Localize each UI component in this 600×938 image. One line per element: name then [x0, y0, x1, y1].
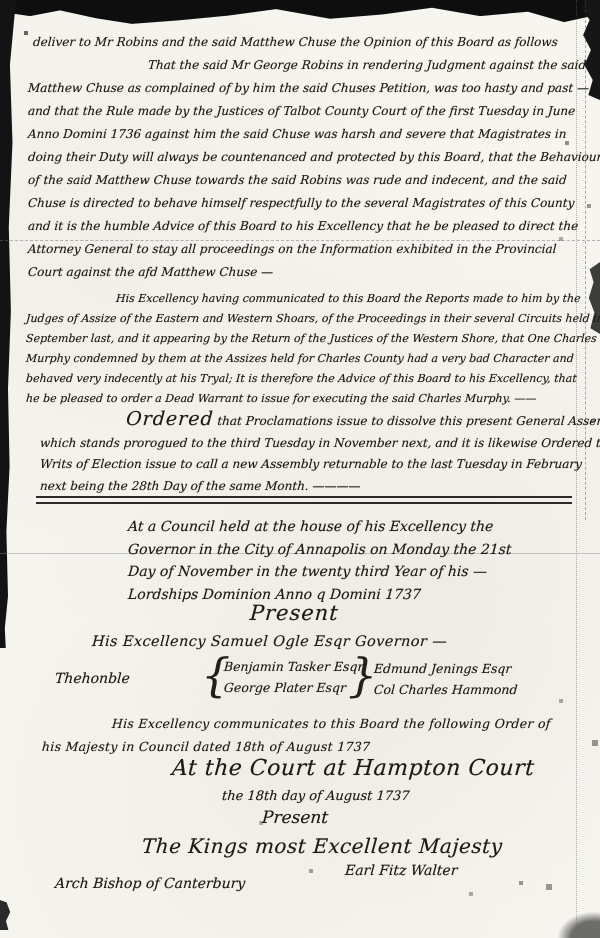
- scan-blot-bottom-right: [558, 912, 600, 938]
- manuscript-line: Matthew Chuse as complained of by him th…: [27, 77, 589, 100]
- ordered-opening-word: Ordered: [125, 408, 214, 430]
- attendee-name: Arch Bishop of Canterbury: [54, 876, 245, 892]
- honourable-label: Thehonble: [54, 671, 130, 687]
- manuscript-line: and it is the humble Advice of this Boar…: [27, 215, 589, 238]
- council-session-heading: At a Council held at the house of his Ex…: [128, 516, 558, 606]
- attendees-left-column: Benjamin Tasker Esqr George Plater Esqr: [224, 656, 364, 698]
- manuscript-line: That the said Mr George Robins in render…: [27, 54, 589, 77]
- scan-border-top: [0, 0, 600, 26]
- manuscript-line: Court against the afd Matthew Chuse —: [27, 261, 589, 284]
- manuscript-line: His Excellency communicates to this Boar…: [111, 716, 551, 731]
- manuscript-line: deliver to Mr Robins and the said Matthe…: [27, 31, 589, 54]
- manuscript-line: September last, and it appearing by the …: [25, 329, 591, 349]
- manuscript-line: Chuse is directed to behave himself resp…: [27, 192, 589, 215]
- manuscript-line: which stands prorogued to the third Tues…: [39, 433, 586, 455]
- manuscript-line: Attorney General to stay all proceedings…: [27, 238, 589, 261]
- assize-entry: His Excellency having communicated to th…: [26, 289, 591, 409]
- manuscript-line: his Majesty in Council dated 18th of Aug…: [41, 739, 370, 754]
- manuscript-line: Murphy condemned by them at the Assizes …: [25, 349, 591, 369]
- manuscript-line: Judges of Assize of the Eastern and West…: [25, 309, 591, 329]
- dissolution-order-entry: Ordered that Proclamations issue to diss…: [40, 409, 585, 497]
- attendee-name: Edmund Jenings Esqr: [373, 658, 518, 679]
- hampton-court-date: the 18th day of August 1737: [221, 789, 410, 804]
- manuscript-line: Ordered that Proclamations issue to diss…: [39, 409, 586, 433]
- manuscript-line: Anno Domini 1736 against him the said Ch…: [27, 123, 589, 146]
- majesty-line: The Kings most Excellent Majesty: [141, 834, 503, 858]
- attendees-right-column: Edmund Jenings Esqr Col Charles Hammond: [374, 658, 518, 700]
- attendee-name: Col Charles Hammond: [373, 679, 518, 700]
- manuscript-line: At a Council held at the house of his Ex…: [127, 516, 559, 539]
- scan-border-left: [0, 0, 16, 648]
- governor-line: His Excellency Samuel Ogle Esqr Governor…: [91, 634, 447, 650]
- opinion-entry: deliver to Mr Robins and the said Matthe…: [28, 31, 588, 284]
- manuscript-line: His Excellency having communicated to th…: [25, 289, 591, 309]
- manuscript-line: and that the Rule made by the Justices o…: [27, 100, 589, 123]
- scan-blot-bottom-left: [0, 900, 12, 930]
- ordered-opening-rest: that Proclamations issue to dissolve thi…: [213, 414, 600, 428]
- manuscript-line: behaved very indecently at his Tryal; It…: [25, 369, 591, 389]
- hampton-court-heading: At the Court at Hampton Court: [171, 756, 535, 781]
- present-heading: Present: [249, 601, 339, 625]
- scan-speckles: [0, 0, 2, 2]
- manuscript-line: Governor in the City of Annapolis on Mon…: [127, 539, 559, 562]
- manuscript-line: next being the 28th Day of the same Mont…: [39, 476, 586, 498]
- section-divider-rule: [36, 496, 572, 504]
- manuscript-line: doing their Duty will always be countena…: [27, 146, 589, 169]
- manuscript-line: Lordships Dominion Anno q Domini 1737: [127, 584, 559, 607]
- manuscript-line: of the said Matthew Chuse towards the sa…: [27, 169, 589, 192]
- attendee-name: Earl Fitz Walter: [344, 863, 458, 879]
- manuscript-line: Day of November in the twenty third Year…: [127, 561, 559, 584]
- attendee-name: Benjamin Tasker Esqr: [223, 656, 364, 677]
- present-heading-2: Present: [261, 808, 329, 828]
- manuscript-line: Writs of Election issue to call a new As…: [39, 454, 586, 476]
- attendee-name: George Plater Esqr: [223, 677, 364, 698]
- manuscript-page: deliver to Mr Robins and the said Matthe…: [0, 0, 600, 938]
- manuscript-line: he be pleased to order a Dead Warrant to…: [25, 389, 591, 409]
